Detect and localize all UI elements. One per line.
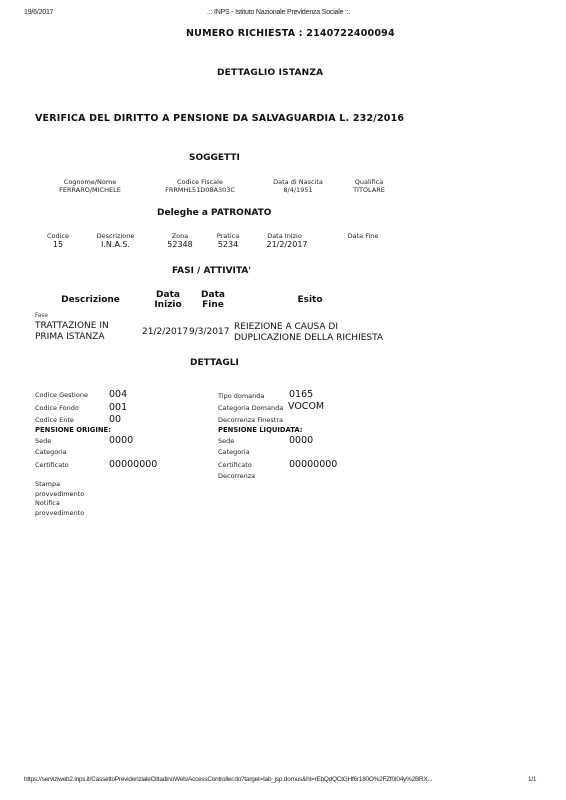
fasi-header-esito: Esito <box>270 295 350 305</box>
codice-gestione-label: Codice Gestione <box>35 391 88 399</box>
dettaglio-istanza-heading: DETTAGLIO ISTANZA <box>217 68 323 78</box>
print-date: 19/6/2017 <box>24 9 53 16</box>
deleghe-header-zona: Zona <box>160 232 200 240</box>
origine-sede-value: 0000 <box>109 435 133 446</box>
deleghe-descrizione: I.N.A.S. <box>88 240 143 249</box>
print-footer-url: https://serviziweb2.inps.it/CassettoPrev… <box>24 776 504 783</box>
liquidata-categoria-label: Categoria <box>218 448 250 456</box>
soggetti-header-cognome: Cognome/Nome <box>50 178 130 186</box>
categoria-domanda-label: Categoria Domanda <box>218 404 283 412</box>
decorrenza-finestra-label: Decorrenza Finestra <box>218 416 283 424</box>
numero-richiesta: NUMERO RICHIESTA : 2140722400094 <box>186 28 395 39</box>
codice-ente-value: 00 <box>109 414 121 425</box>
codice-fondo-value: 001 <box>109 402 127 413</box>
liquidata-certificato-value: 00000000 <box>289 459 337 470</box>
soggetti-cf: FRRMHL51D08A303C <box>155 186 245 194</box>
soggetti-heading: SOGGETTI <box>189 153 240 163</box>
soggetti-nascita: 8/4/1951 <box>263 186 333 194</box>
fasi-header-data-fine: Data Fine <box>193 290 233 310</box>
soggetti-cognome: FERRARO/MICHELE <box>50 186 130 194</box>
print-footer-page: 1/1 <box>528 776 536 783</box>
dettagli-heading: DETTAGLI <box>190 358 239 368</box>
codice-gestione-value: 004 <box>109 389 127 400</box>
stampa-provvedimento: Stampa provvedimento Notifica provvedime… <box>35 480 84 518</box>
liquidata-sede-value: 0000 <box>289 435 313 446</box>
fasi-heading: FASI / ATTIVITA' <box>172 266 251 276</box>
codice-ente-label: Codice Ente <box>35 416 74 424</box>
deleghe-heading: Deleghe a PATRONATO <box>157 208 271 218</box>
deleghe-zona: 52348 <box>160 240 200 249</box>
origine-categoria-label: Categoria <box>35 448 67 456</box>
deleghe-header-data-fine: Data Fine <box>338 232 388 240</box>
deleghe-pratica: 5234 <box>208 240 248 249</box>
pensione-origine-heading: PENSIONE ORIGINE: <box>35 426 111 434</box>
soggetti-qualifica: TITOLARE <box>339 186 399 194</box>
categoria-domanda-value: VOCOM <box>288 401 324 412</box>
deleghe-header-descrizione: Descrizione <box>88 232 143 240</box>
liquidata-certificato-label: Certificato <box>218 461 252 469</box>
liquidata-sede-label: Sede <box>218 437 234 445</box>
deleghe-codice: 15 <box>38 240 78 249</box>
fasi-header-data-inizio: Data Inizio <box>148 290 188 310</box>
tipo-domanda-value: 0165 <box>289 389 313 400</box>
codice-fondo-label: Codice Fondo <box>35 404 79 412</box>
deleghe-header-data-inizio: Data Inizio <box>257 232 312 240</box>
fasi-data-inizio: 21/2/2017 <box>142 327 188 338</box>
origine-certificato-label: Certificato <box>35 461 69 469</box>
fasi-fase-label: Fase <box>35 313 48 319</box>
verifica-title: VERIFICA DEL DIRITTO A PENSIONE DA SALVA… <box>35 113 404 124</box>
print-page-title: .:: INPS - Istituto Nazionale Previdenza… <box>207 9 407 16</box>
soggetti-header-qualifica: Qualifica <box>339 178 399 186</box>
fasi-header-descrizione: Descrizione <box>48 295 133 305</box>
fasi-descrizione: TRATTAZIONE IN PRIMA ISTANZA <box>35 321 109 343</box>
deleghe-header-pratica: Pratica <box>208 232 248 240</box>
origine-certificato-value: 00000000 <box>109 459 157 470</box>
liquidata-decorrenza-label: Decorrenza <box>218 472 255 480</box>
fasi-esito: REIEZIONE A CAUSA DI DUPLICAZIONE DELLA … <box>234 322 383 344</box>
soggetti-header-nascita: Data di Nascita <box>263 178 333 186</box>
pensione-liquidata-heading: PENSIONE LIQUIDATA: <box>218 426 303 434</box>
deleghe-data-inizio: 21/2/2017 <box>257 240 317 249</box>
origine-sede-label: Sede <box>35 437 51 445</box>
deleghe-header-codice: Codice <box>38 232 78 240</box>
fasi-data-fine: 9/3/2017 <box>189 327 229 338</box>
soggetti-header-cf: Codice Fiscale <box>155 178 245 186</box>
tipo-domanda-label: Tipo domanda <box>218 392 264 400</box>
